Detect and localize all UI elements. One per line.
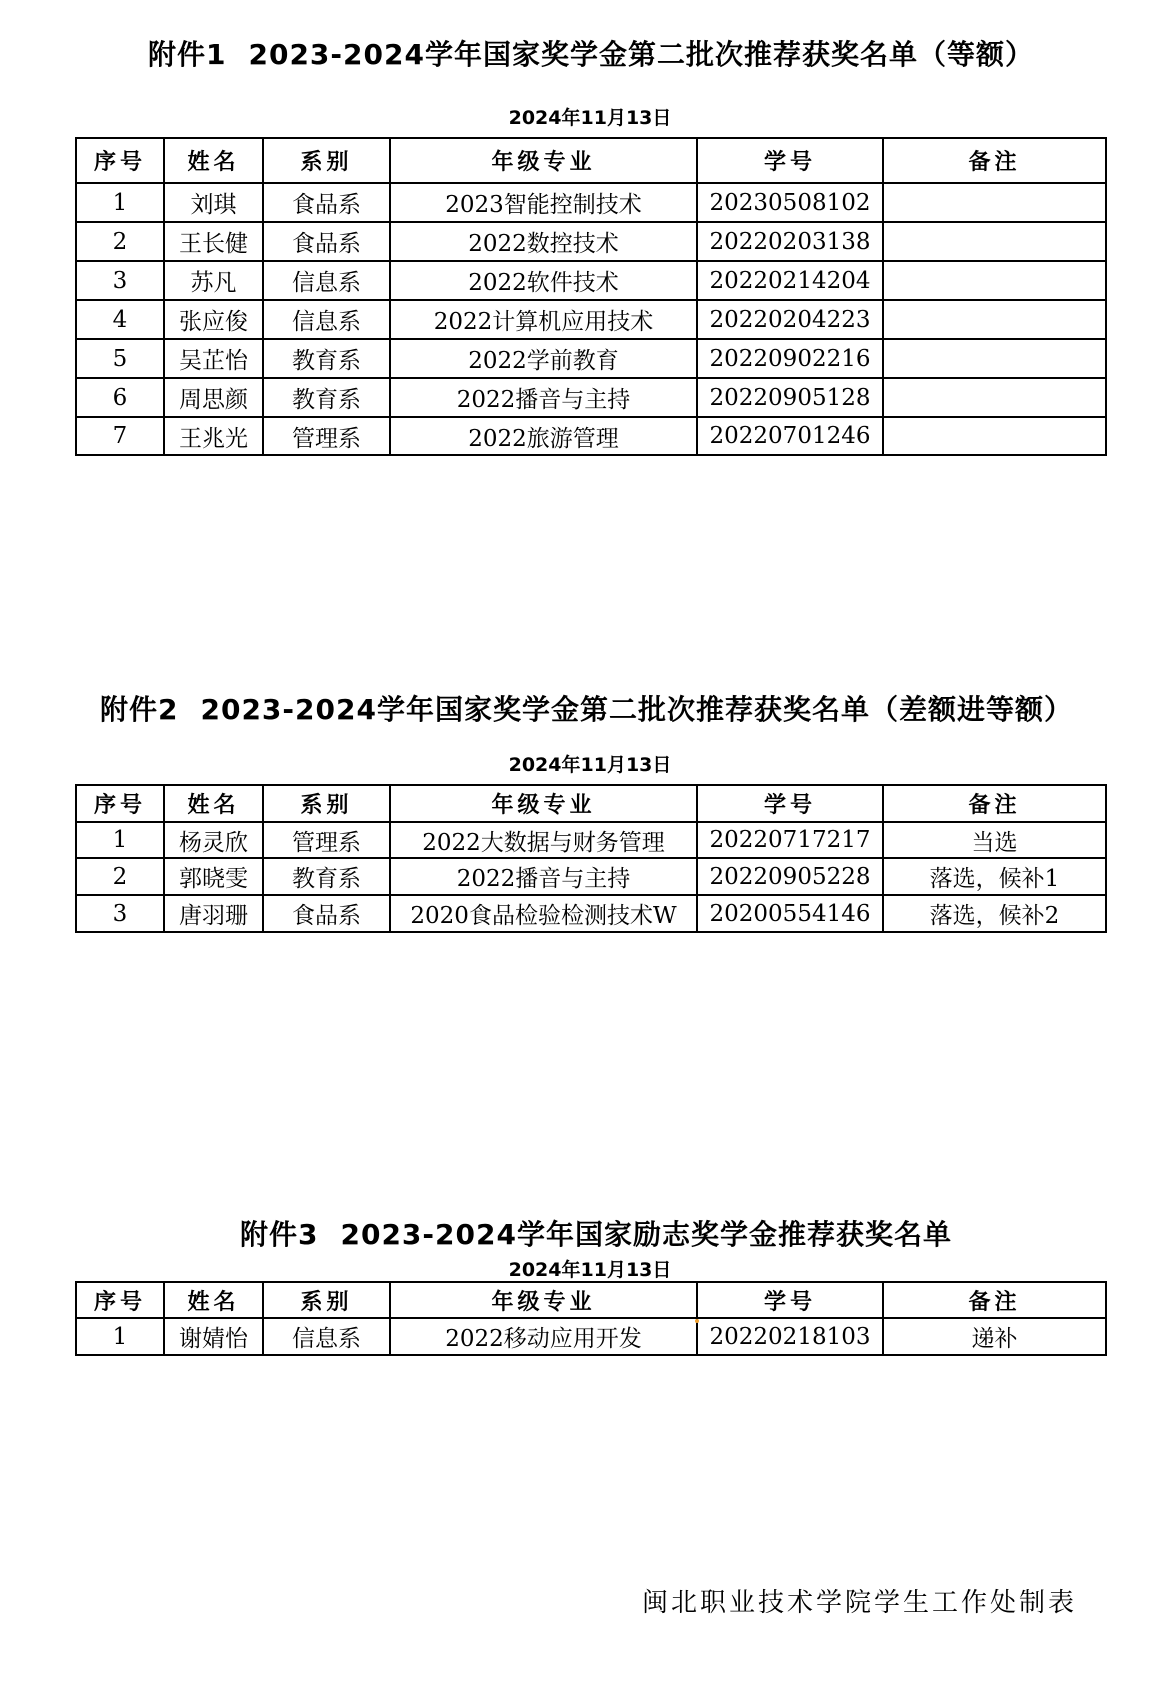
- cell-student-id: 20220905128: [697, 378, 883, 417]
- cell-student-id: 20220218103: [697, 1318, 883, 1355]
- cell-name: 周思颜: [164, 378, 263, 417]
- cell-grade-major: 2022学前教育: [390, 339, 697, 378]
- cell-name: 唐羽珊: [164, 895, 263, 932]
- section-2-title: 附件22023-2024学年国家奖学金第二批次推荐获奖名单（差额进等额）: [100, 693, 1073, 727]
- header-remarks: 备注: [883, 785, 1106, 822]
- cell-name: 刘琪: [164, 183, 263, 222]
- section-3-title-text: 2023-2024学年国家励志奖学金推荐获奖名单: [340, 1218, 951, 1251]
- header-grade-major: 年级专业: [390, 1282, 697, 1318]
- header-student-id: 学号: [697, 785, 883, 822]
- cell-grade-major: 2022数控技术: [390, 222, 697, 261]
- cell-remarks: 当选: [883, 822, 1106, 858]
- cell-department: 管理系: [263, 417, 390, 455]
- cell-remarks: [883, 261, 1106, 300]
- cell-index: 1: [76, 183, 164, 222]
- section-1-date: 2024年11月13日: [509, 107, 672, 129]
- header-index: 序号: [76, 1282, 164, 1318]
- cell-index: 3: [76, 261, 164, 300]
- cell-department: 教育系: [263, 858, 390, 895]
- cell-marker-dot: [695, 1319, 699, 1323]
- section-1-table: 序号 姓名 系别 年级专业 学号 备注 1 刘琪 食品系 2023智能控制技术 …: [75, 137, 1107, 456]
- table-header-row: 序号 姓名 系别 年级专业 学号 备注: [76, 1282, 1106, 1318]
- table-row: 1 刘琪 食品系 2023智能控制技术 20230508102: [76, 183, 1106, 222]
- header-department: 系别: [263, 785, 390, 822]
- cell-student-id: 20220902216: [697, 339, 883, 378]
- table-row: 1 杨灵欣 管理系 2022大数据与财务管理 20220717217 当选: [76, 822, 1106, 858]
- cell-student-id: 20220701246: [697, 417, 883, 455]
- table-header-row: 序号 姓名 系别 年级专业 学号 备注: [76, 785, 1106, 822]
- cell-index: 1: [76, 1318, 164, 1355]
- cell-department: 管理系: [263, 822, 390, 858]
- cell-index: 3: [76, 895, 164, 932]
- cell-remarks: [883, 222, 1106, 261]
- section-1-title-text: 2023-2024学年国家奖学金第二批次推荐获奖名单（等额）: [248, 38, 1033, 71]
- cell-grade-major: 2022软件技术: [390, 261, 697, 300]
- cell-name: 王长健: [164, 222, 263, 261]
- header-index: 序号: [76, 138, 164, 183]
- cell-remarks: 落选，候补2: [883, 895, 1106, 932]
- section-3-table: 序号 姓名 系别 年级专业 学号 备注 1 谢婧怡 信息系 2022移动应用开发…: [75, 1281, 1107, 1356]
- table-row: 3 苏凡 信息系 2022软件技术 20220214204: [76, 261, 1106, 300]
- cell-department: 食品系: [263, 222, 390, 261]
- header-department: 系别: [263, 1282, 390, 1318]
- cell-remarks: 落选，候补1: [883, 858, 1106, 895]
- cell-grade-major: 2020食品检验检测技术W: [390, 895, 697, 932]
- cell-name: 谢婧怡: [164, 1318, 263, 1355]
- cell-index: 5: [76, 339, 164, 378]
- cell-student-id: 20220204223: [697, 300, 883, 339]
- header-index: 序号: [76, 785, 164, 822]
- cell-index: 6: [76, 378, 164, 417]
- cell-remarks: [883, 339, 1106, 378]
- header-name: 姓名: [164, 138, 263, 183]
- cell-grade-major: 2022播音与主持: [390, 378, 697, 417]
- cell-student-id: 20220905228: [697, 858, 883, 895]
- cell-grade-major: 2022计算机应用技术: [390, 300, 697, 339]
- header-grade-major: 年级专业: [390, 785, 697, 822]
- section-1-title: 附件12023-2024学年国家奖学金第二批次推荐获奖名单（等额）: [148, 38, 1034, 72]
- cell-name: 郭晓雯: [164, 858, 263, 895]
- table-row: 2 郭晓雯 教育系 2022播音与主持 20220905228 落选，候补1: [76, 858, 1106, 895]
- cell-index: 2: [76, 858, 164, 895]
- table-row: 2 王长健 食品系 2022数控技术 20220203138: [76, 222, 1106, 261]
- section-2-table: 序号 姓名 系别 年级专业 学号 备注 1 杨灵欣 管理系 2022大数据与财务…: [75, 784, 1107, 933]
- cell-remarks: [883, 300, 1106, 339]
- header-student-id: 学号: [697, 1282, 883, 1318]
- cell-department: 信息系: [263, 300, 390, 339]
- cell-grade-major: 2022大数据与财务管理: [390, 822, 697, 858]
- cell-index: 7: [76, 417, 164, 455]
- cell-name: 张应俊: [164, 300, 263, 339]
- section-3-title: 附件32023-2024学年国家励志奖学金推荐获奖名单: [240, 1218, 952, 1252]
- cell-index: 1: [76, 822, 164, 858]
- section-2-date: 2024年11月13日: [509, 754, 672, 776]
- cell-department: 信息系: [263, 261, 390, 300]
- table-row: 5 吴芷怡 教育系 2022学前教育 20220902216: [76, 339, 1106, 378]
- cell-department: 教育系: [263, 339, 390, 378]
- header-name: 姓名: [164, 1282, 263, 1318]
- section-3-date: 2024年11月13日: [509, 1259, 672, 1281]
- section-1-prefix: 附件1: [148, 38, 226, 71]
- cell-remarks: [883, 417, 1106, 455]
- cell-student-id: 20220203138: [697, 222, 883, 261]
- cell-student-id: 20200554146: [697, 895, 883, 932]
- header-grade-major: 年级专业: [390, 138, 697, 183]
- cell-name: 苏凡: [164, 261, 263, 300]
- cell-remarks: [883, 183, 1106, 222]
- cell-student-id: 20230508102: [697, 183, 883, 222]
- header-department: 系别: [263, 138, 390, 183]
- cell-department: 教育系: [263, 378, 390, 417]
- table-header-row: 序号 姓名 系别 年级专业 学号 备注: [76, 138, 1106, 183]
- section-2-title-text: 2023-2024学年国家奖学金第二批次推荐获奖名单（差额进等额）: [200, 693, 1072, 726]
- cell-grade-major: 2022旅游管理: [390, 417, 697, 455]
- table-row: 4 张应俊 信息系 2022计算机应用技术 20220204223: [76, 300, 1106, 339]
- cell-remarks: 递补: [883, 1318, 1106, 1355]
- header-student-id: 学号: [697, 138, 883, 183]
- header-remarks: 备注: [883, 138, 1106, 183]
- cell-grade-major: 2023智能控制技术: [390, 183, 697, 222]
- footer-issuer: 闽北职业技术学院学生工作处制表: [642, 1587, 1077, 1619]
- table-row: 1 谢婧怡 信息系 2022移动应用开发 20220218103 递补: [76, 1318, 1106, 1355]
- cell-student-id: 20220717217: [697, 822, 883, 858]
- cell-index: 4: [76, 300, 164, 339]
- table-row: 7 王兆光 管理系 2022旅游管理 20220701246: [76, 417, 1106, 455]
- cell-department: 食品系: [263, 183, 390, 222]
- cell-name: 吴芷怡: [164, 339, 263, 378]
- table-row: 3 唐羽珊 食品系 2020食品检验检测技术W 20200554146 落选，候…: [76, 895, 1106, 932]
- cell-department: 食品系: [263, 895, 390, 932]
- cell-student-id: 20220214204: [697, 261, 883, 300]
- cell-index: 2: [76, 222, 164, 261]
- section-3-prefix: 附件3: [240, 1218, 318, 1251]
- header-remarks: 备注: [883, 1282, 1106, 1318]
- cell-grade-major: 2022播音与主持: [390, 858, 697, 895]
- table-row: 6 周思颜 教育系 2022播音与主持 20220905128: [76, 378, 1106, 417]
- section-2-prefix: 附件2: [100, 693, 178, 726]
- cell-name: 王兆光: [164, 417, 263, 455]
- cell-grade-major: 2022移动应用开发: [390, 1318, 697, 1355]
- cell-name: 杨灵欣: [164, 822, 263, 858]
- cell-department: 信息系: [263, 1318, 390, 1355]
- header-name: 姓名: [164, 785, 263, 822]
- cell-remarks: [883, 378, 1106, 417]
